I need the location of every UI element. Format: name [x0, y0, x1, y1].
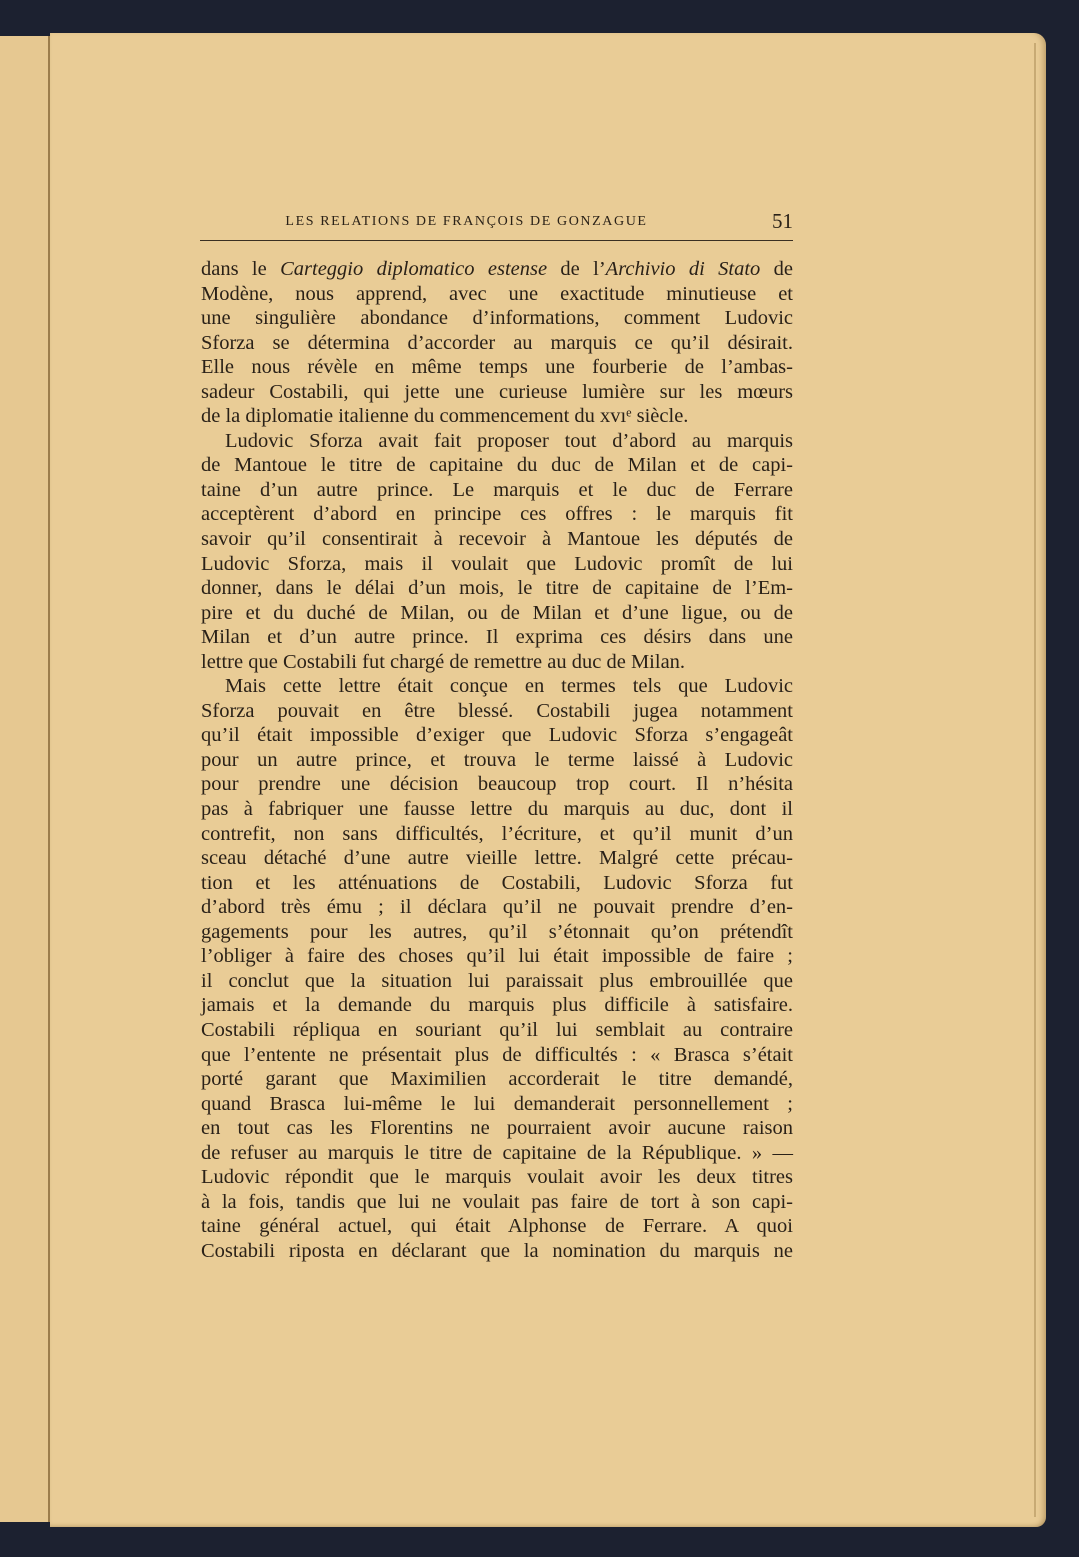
text-line: savoir qu’il consentirait à recevoir à M… [201, 527, 793, 552]
text-line: l’obliger à faire des choses qu’il lui é… [201, 944, 793, 969]
text-line: Ludovic Sforza avait fait proposer tout … [201, 429, 793, 454]
text-line: jamais et la demande du marquis plus dif… [201, 993, 793, 1018]
text-line: Sforza se détermina d’accorder au marqui… [201, 331, 793, 356]
text-line: quand Brasca lui-même le lui demanderait… [201, 1092, 793, 1117]
running-head-title: LES RELATIONS DE FRANÇOIS DE GONZAGUE [200, 214, 793, 230]
text-line: que l’entente ne présentait plus de diff… [201, 1043, 793, 1068]
text-line: de la diplomatie italienne du commenceme… [201, 404, 793, 429]
previous-page-edge [0, 36, 50, 1522]
text-line: taine général actuel, qui était Alphonse… [201, 1214, 793, 1239]
text-line: à la fois, tandis que lui ne voulait pas… [201, 1190, 793, 1215]
text-line: d’abord très ému ; il déclara qu’il ne p… [201, 895, 793, 920]
text-line: contrefit, non sans difficultés, l’écrit… [201, 822, 793, 847]
header-rule [200, 240, 793, 241]
text-line: acceptèrent d’abord en principe ces offr… [201, 502, 793, 527]
text-line: dans le Carteggio diplomatico estense de… [201, 257, 793, 282]
text-line: Ludovic répondit que le marquis voulait … [201, 1165, 793, 1190]
text-line: de refuser au marquis le titre de capita… [201, 1141, 793, 1166]
text-line: taine d’un autre prince. Le marquis et l… [201, 478, 793, 503]
text-line: Sforza pouvait en être blessé. Costabili… [201, 699, 793, 724]
text-line: gagements pour les autres, qu’il s’étonn… [201, 920, 793, 945]
page-number: 51 [772, 209, 793, 234]
text-line: donner, dans le délai d’un mois, le titr… [201, 576, 793, 601]
text-line: Ludovic Sforza, mais il voulait que Ludo… [201, 552, 793, 577]
text-line: Costabili répliqua en souriant qu’il lui… [201, 1018, 793, 1043]
text-line: sadeur Costabili, qui jette une curieuse… [201, 380, 793, 405]
text-line: Elle nous révèle en même temps une fourb… [201, 355, 793, 380]
body-text: dans le Carteggio diplomatico estense de… [201, 257, 793, 1263]
text-line: qu’il était impossible d’exiger que Ludo… [201, 723, 793, 748]
text-line: Mais cette lettre était conçue en termes… [201, 674, 793, 699]
text-line: pour prendre une décision beaucoup trop … [201, 772, 793, 797]
text-line: lettre que Costabili fut chargé de remet… [201, 650, 793, 675]
text-line: tion et les atténuations de Costabili, L… [201, 871, 793, 896]
text-line: sceau détaché d’une autre vieille lettre… [201, 846, 793, 871]
text-line: en tout cas les Florentins ne pourraient… [201, 1116, 793, 1141]
text-line: pas à fabriquer une fausse lettre du mar… [201, 797, 793, 822]
text-line: pire et du duché de Milan, ou de Milan e… [201, 601, 793, 626]
text-line: il conclut que la situation lui paraissa… [201, 969, 793, 994]
text-line: Modène, nous apprend, avec une exactitud… [201, 282, 793, 307]
text-line: de Mantoue le titre de capitaine du duc … [201, 453, 793, 478]
text-line: Milan et d’un autre prince. Il exprima c… [201, 625, 793, 650]
text-line: Costabili riposta en déclarant que la no… [201, 1239, 793, 1264]
text-line: une singulière abondance d’informations,… [201, 306, 793, 331]
text-line: porté garant que Maximilien accorderait … [201, 1067, 793, 1092]
running-head: LES RELATIONS DE FRANÇOIS DE GONZAGUE 51 [200, 206, 793, 236]
text-line: pour un autre prince, et trouva le terme… [201, 748, 793, 773]
